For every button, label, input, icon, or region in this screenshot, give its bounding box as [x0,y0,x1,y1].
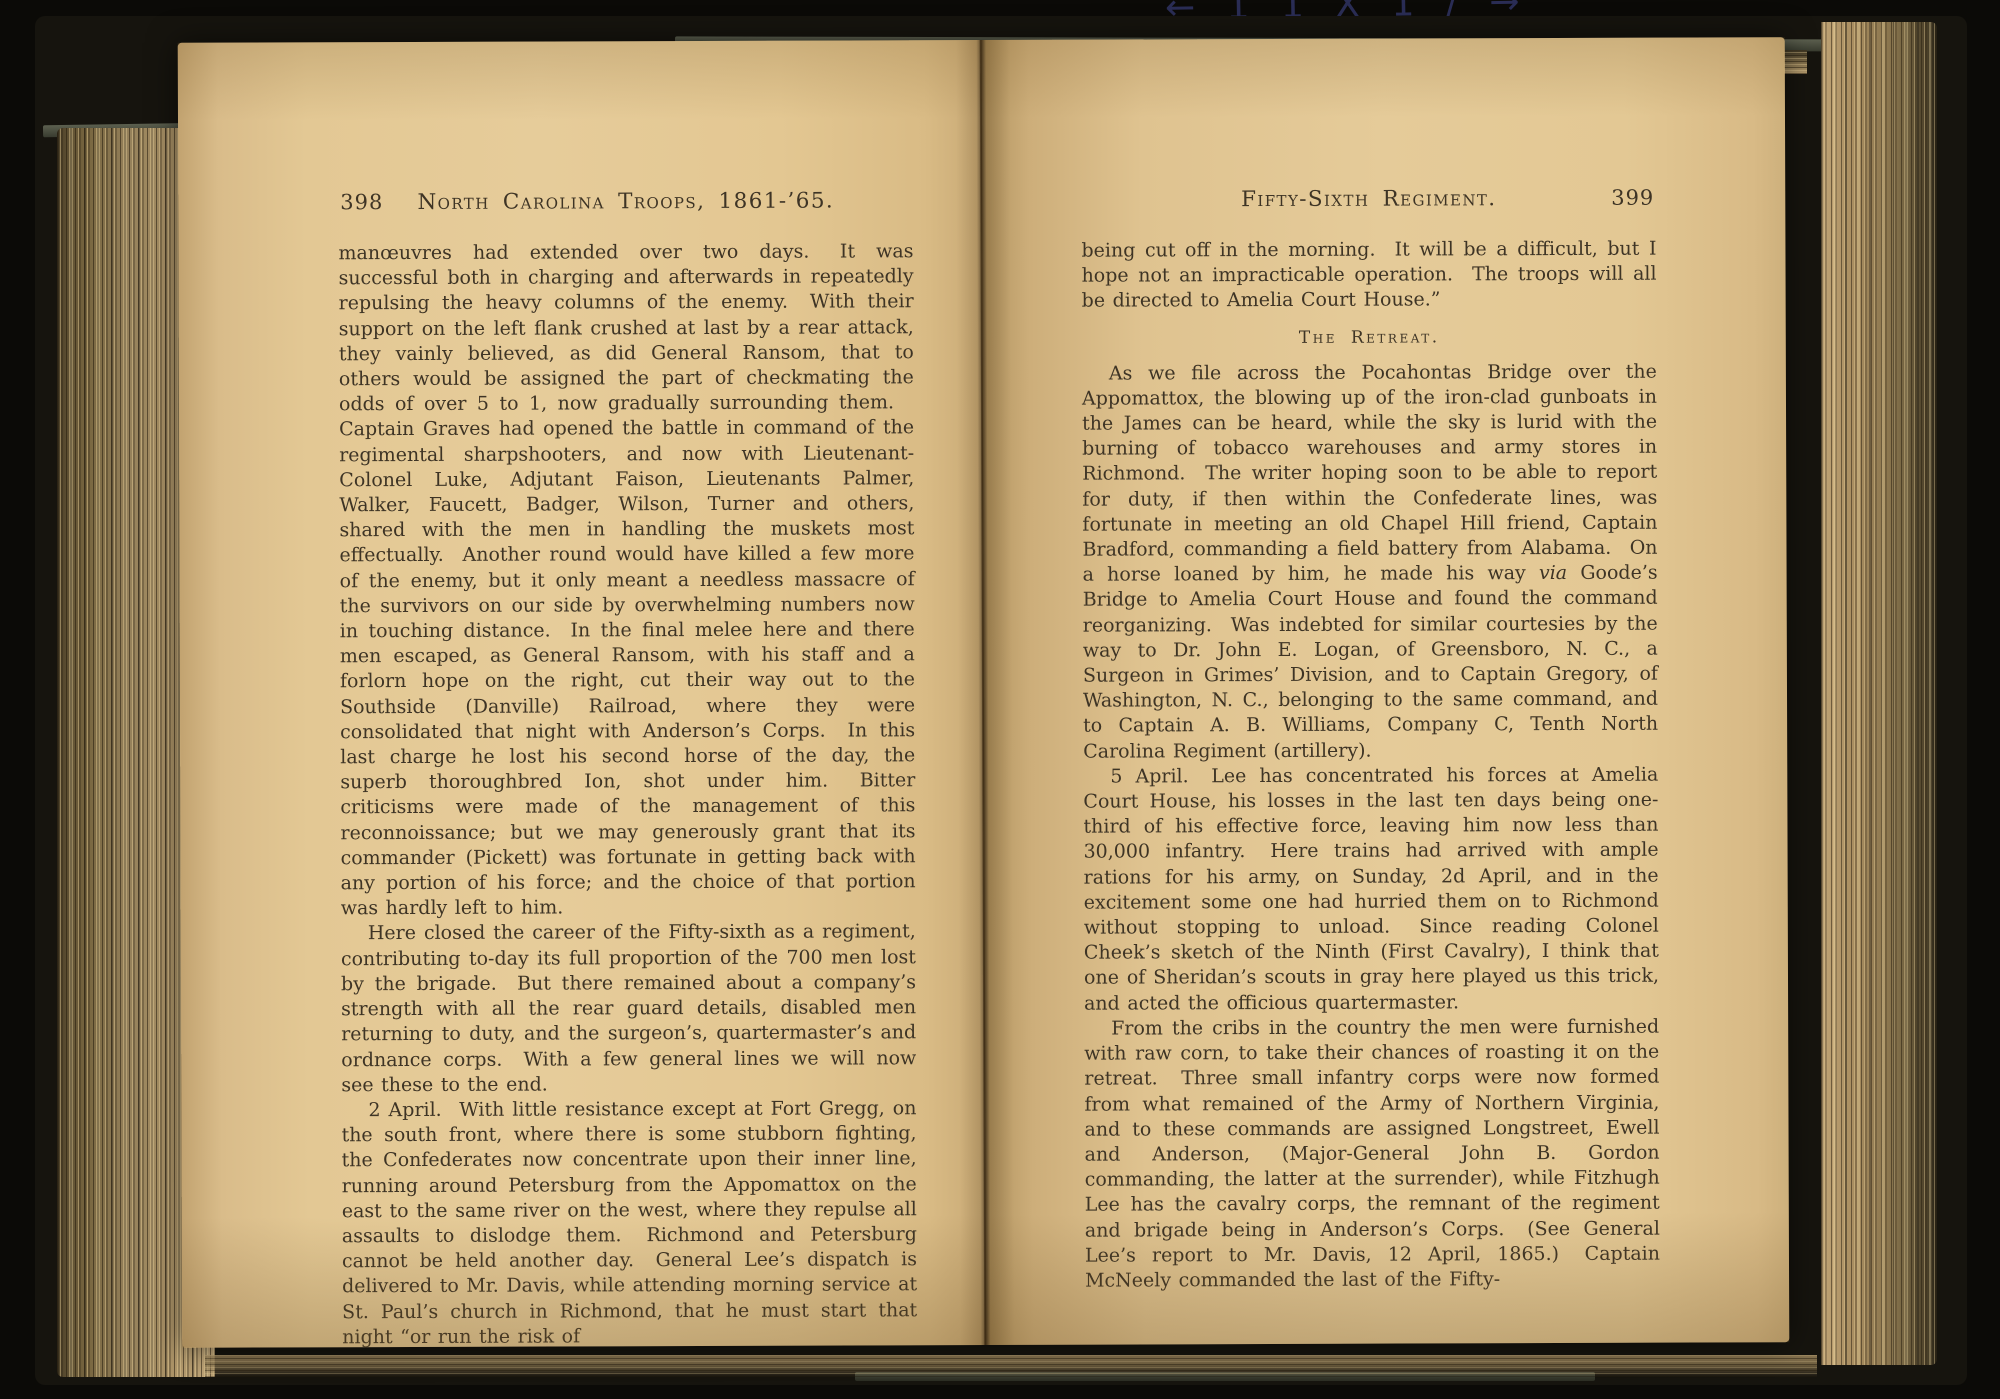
body-paragraph: manœuvres had extended over two days. It… [338,239,915,921]
right-page: Fifty-Sixth Regiment. 399 being cut off … [981,37,1790,1345]
body-paragraph: 5 April. Lee has concentrated his forces… [1083,763,1659,1017]
body-paragraph: Here closed the career of the Fifty-sixt… [341,920,917,1098]
left-page-body: manœuvres had extended over two days. It… [338,239,917,1350]
body-paragraph: 2 April. With little resistance except a… [341,1096,917,1350]
right-page-header: Fifty-Sixth Regiment. 399 [1081,186,1656,218]
running-title-right: Fifty-Sixth Regiment. [1081,186,1656,213]
page-edges-right [1821,22,1937,1365]
book-photo: ← 1 1 X 1 / → 398 North Carolina Troops,… [0,0,2000,1399]
body-paragraph: From the cribs in the country the men we… [1084,1015,1660,1294]
right-page-body: being cut off in the morning. It will be… [1081,237,1660,1294]
left-page: 398 North Carolina Troops, 1861-’65. man… [178,40,986,1348]
section-heading: The Retreat. [1082,326,1657,348]
page-edges-bottom [205,1355,1817,1377]
right-page-content: Fifty-Sixth Regiment. 399 being cut off … [1081,38,1661,1345]
left-page-header: 398 North Carolina Troops, 1861-’65. [338,188,913,220]
left-page-content: 398 North Carolina Troops, 1861-’65. man… [338,40,918,1347]
body-paragraph: being cut off in the morning. It will be… [1081,237,1656,315]
body-paragraph: As we file across the Pocahontas Bridge … [1082,359,1658,764]
open-spread: 398 North Carolina Troops, 1861-’65. man… [178,37,1790,1348]
running-title-left: North Carolina Troops, 1861-’65. [338,188,913,215]
page-number-right: 399 [1611,186,1654,210]
